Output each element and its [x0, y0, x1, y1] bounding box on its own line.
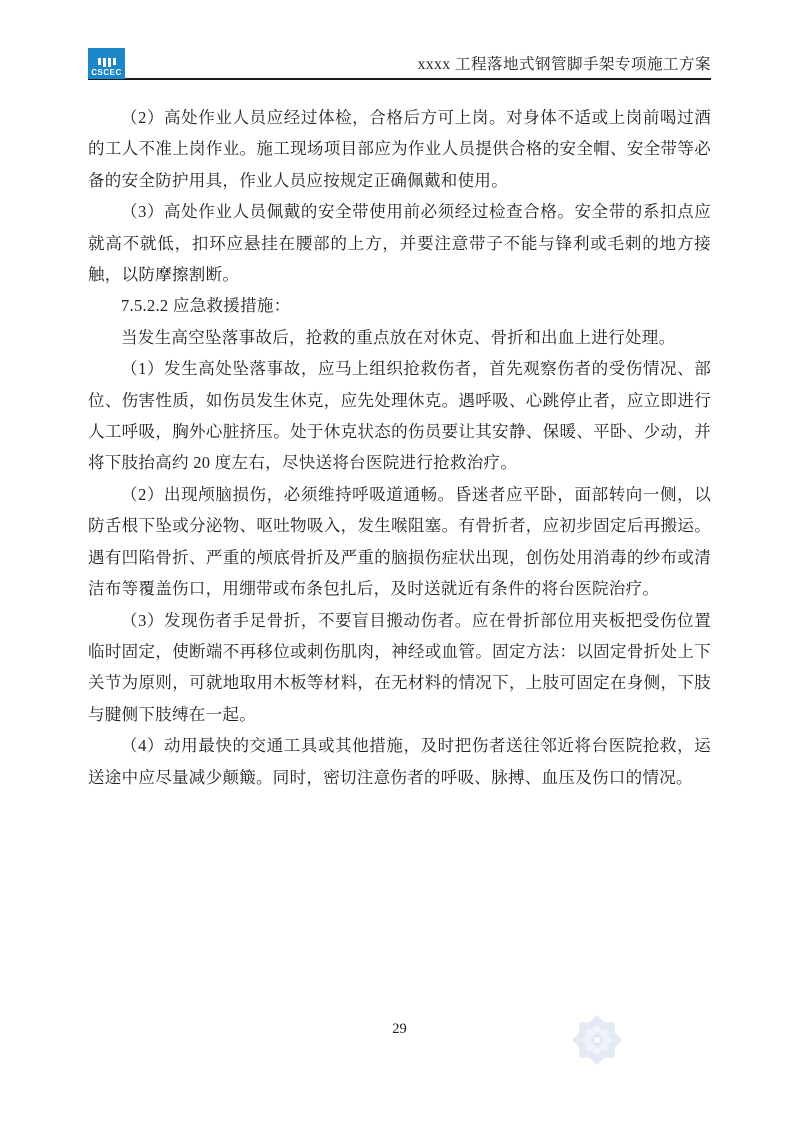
- logo-bars-decoration: [98, 58, 116, 67]
- document-page: { "header": { "logo_text": "CSCEC", "log…: [0, 0, 793, 1122]
- document-body: （2）高处作业人员应经过体检，合格后方可上岗。对身体不适或上岗前喝过酒的工人不准…: [88, 102, 711, 793]
- page-header: CSCEC xxxx 工程落地式钢管脚手架专项施工方案: [88, 44, 711, 80]
- paragraph: （3）发现伤者手足骨折，不要盲目搬动伤者。应在骨折部位用夹板把受伤位置临时固定，…: [88, 605, 711, 731]
- company-logo-icon: CSCEC: [88, 48, 125, 79]
- paragraph: （2）出现颅脑损伤，必须维持呼吸道通畅。昏迷者应平卧，面部转向一侧，以防舌根下坠…: [88, 479, 711, 605]
- paragraph: （1）发生高处坠落事故，应马上组织抢救伤者，首先观察伤者的受伤情况、部位、伤害性…: [88, 353, 711, 479]
- watermark-snowflake-icon: [560, 1003, 634, 1077]
- paragraph: （3）高处作业人员佩戴的安全带使用前必须经过检查合格。安全带的系扣点应就高不就低…: [88, 196, 711, 290]
- header-title: xxxx 工程落地式钢管脚手架专项施工方案: [418, 57, 711, 79]
- section-heading: 7.5.2.2 应急救援措施：: [88, 290, 711, 321]
- paragraph: （2）高处作业人员应经过体检，合格后方可上岗。对身体不适或上岗前喝过酒的工人不准…: [88, 102, 711, 196]
- paragraph: （4）动用最快的交通工具或其他措施，及时把伤者送往邻近将台医院抢救，运送途中应尽…: [88, 730, 711, 793]
- logo-text: CSCEC: [91, 68, 122, 77]
- page-number: 29: [88, 1021, 711, 1038]
- paragraph: 当发生高空坠落事故后，抢救的重点放在对休克、骨折和出血上进行处理。: [88, 322, 711, 353]
